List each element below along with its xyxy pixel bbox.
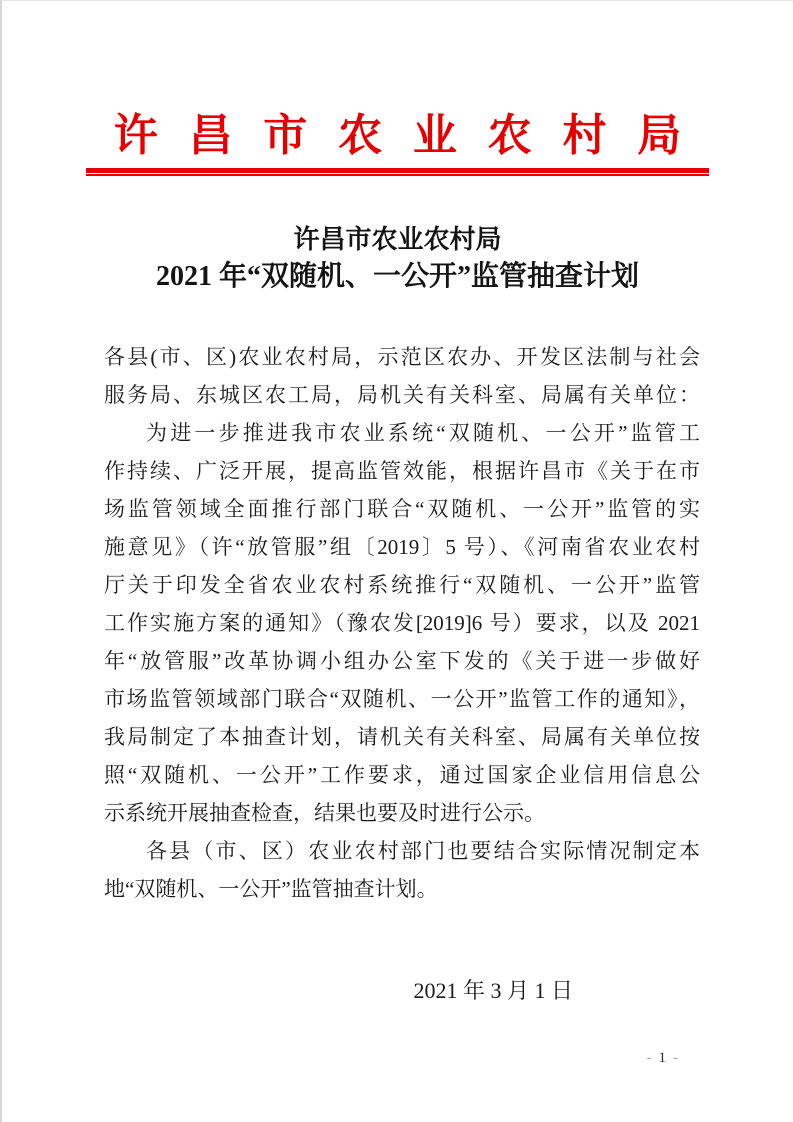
body-line: 施意见》（许“放管服”组〔2019〕5 号）、《河南省农业农村 — [104, 528, 700, 566]
document-title-line2: 2021 年“双随机、一公开”监管抽查计划 — [2, 258, 793, 296]
body-line: 照“双随机、一公开”工作要求，通过国家企业信用信息公 — [104, 756, 700, 794]
body-line: 市场监管领域部门联合“双随机、一公开”监管工作的通知》， — [104, 680, 700, 718]
letterhead-rule-thick — [86, 168, 709, 173]
body-line: 工作实施方案的通知》（豫农发[2019]6 号）要求，以及 2021 — [104, 604, 700, 642]
page-number: -1- — [640, 1050, 686, 1066]
body-line: 年“放管服”改革协调小组办公室下发的《关于进一步做好 — [104, 642, 700, 680]
document-page: 许昌市农业农村局 许昌市农业农村局 2021 年“双随机、一公开”监管抽查计划 … — [0, 0, 793, 1122]
body-line: 为进一步推进我市农业系统“双随机、一公开”监管工 — [104, 414, 700, 452]
letterhead-title: 许昌市农业农村局 — [2, 113, 793, 159]
body-line: 厅关于印发全省农业农村系统推行“双随机、一公开”监管 — [104, 566, 700, 604]
page-number-dash-left: - — [647, 1050, 652, 1066]
body-line: 场监管领域全面推行部门联合“双随机、一公开”监管的实 — [104, 490, 700, 528]
document-title: 许昌市农业农村局 2021 年“双随机、一公开”监管抽查计划 — [2, 222, 793, 296]
page-number-dash-right: - — [673, 1050, 678, 1066]
body-line: 示系统开展抽查检查，结果也要及时进行公示。 — [104, 794, 700, 832]
body-line: 服务局、东城区农工局，局机关有关科室、局属有关单位： — [104, 376, 700, 414]
letterhead-rule — [86, 168, 709, 176]
body-line: 我局制定了本抽查计划，请机关有关科室、局属有关单位按 — [104, 718, 700, 756]
body-line: 各县（市、区）农业农村部门也要结合实际情况制定本 — [104, 832, 700, 870]
body-line: 地“双随机、一公开”监管抽查计划。 — [104, 870, 700, 908]
document-body: 各县(市、区)农业农村局，示范区农办、开发区法制与社会 服务局、东城区农工局，局… — [104, 338, 700, 1010]
body-line: 作持续、广泛开展，提高监管效能，根据许昌市《关于在市 — [104, 452, 700, 490]
body-line: 各县(市、区)农业农村局，示范区农办、开发区法制与社会 — [104, 338, 700, 376]
date-line: 2021 年 3 月 1 日 — [104, 972, 700, 1010]
document-title-line1: 许昌市农业农村局 — [2, 222, 793, 258]
letterhead-rule-thin — [86, 174, 709, 176]
page-number-value: 1 — [659, 1050, 667, 1066]
